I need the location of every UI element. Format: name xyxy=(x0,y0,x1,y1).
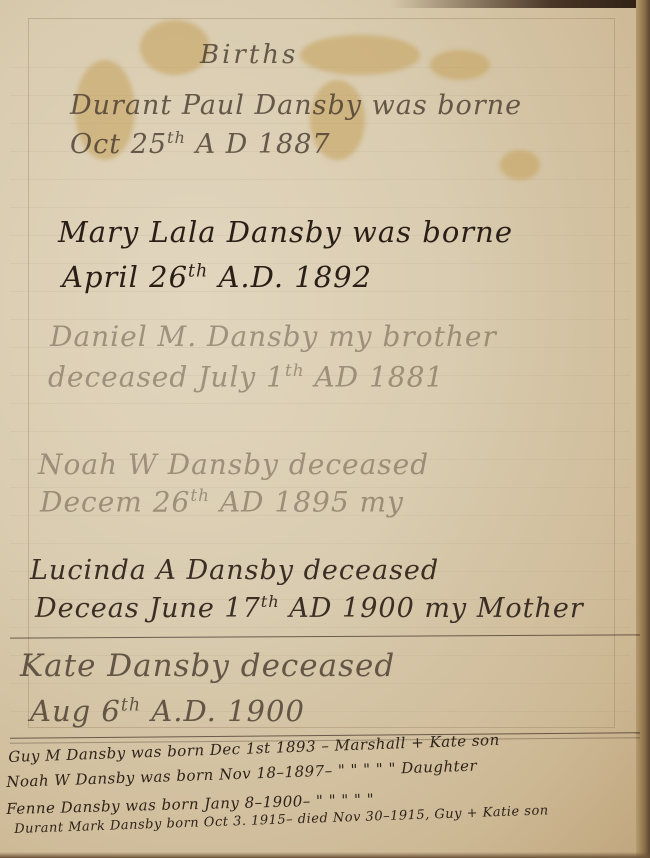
entry-2-line-1: Mary Lala Dansby was borne xyxy=(58,215,513,249)
water-stain xyxy=(300,35,420,75)
entry-2-line-2: April 26th A.D. 1892 xyxy=(62,260,372,294)
entry-3-line-2: deceased July 1th AD 1881 xyxy=(48,360,444,393)
entry-5-line-2: Deceas June 17th AD 1900 my Mother xyxy=(35,592,584,624)
water-stain xyxy=(500,150,540,180)
entry-6-line-2: Aug 6th A.D. 1900 xyxy=(30,694,305,728)
entry-5-line-1: Lucinda A Dansby deceased xyxy=(30,555,439,586)
entry-1-line-2: Oct 25th A D 1887 xyxy=(70,128,331,160)
entry-4-line-1: Noah W Dansby deceased xyxy=(38,448,429,481)
page-heading: Births xyxy=(200,40,298,70)
water-stain xyxy=(430,50,490,80)
entry-6-line-1: Kate Dansby deceased xyxy=(20,648,395,684)
entry-1-line-1: Durant Paul Dansby was borne xyxy=(70,90,522,121)
entry-3-line-1: Daniel M. Dansby my brother xyxy=(50,320,497,353)
record-page: Births Durant Paul Dansby was borne Oct … xyxy=(0,0,650,858)
page-edge-right xyxy=(636,0,650,858)
page-edge-top xyxy=(0,0,650,8)
page-edge-bottom xyxy=(0,852,650,858)
entry-4-line-2: Decem 26th AD 1895 my xyxy=(40,485,404,518)
